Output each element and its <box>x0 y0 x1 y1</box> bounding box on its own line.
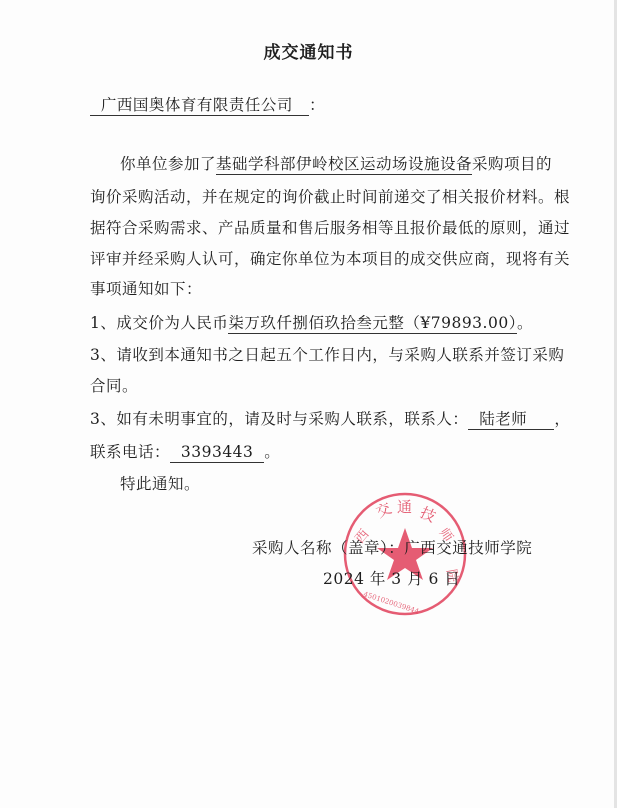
phone-label: 联系电话： <box>90 443 170 461</box>
contact-person: 陆老师 <box>468 410 554 430</box>
deal-amount: 柒万玖仟捌佰玖拾叁元整（¥79893.00） <box>228 314 517 334</box>
item-text: 。 <box>517 314 533 332</box>
purchaser-signature-line: 采购人名称（盖章）：广西交通技师学院 <box>252 536 532 558</box>
item-2-line-1: 3、请收到本通知书之日起五个工作日内，与采购人联系并签订采购 <box>90 343 564 365</box>
paragraph-line-4: 评审并经采购人认可，确定你单位为本项目的成交供应商，现将有关 <box>90 247 570 269</box>
paragraph-text: 采购项目的 <box>472 155 552 173</box>
contact-phone: 3393443 <box>170 443 264 463</box>
addressee-colon: ： <box>309 96 325 114</box>
item-text: ， <box>554 410 570 428</box>
document-title: 成交通知书 <box>0 38 617 63</box>
svg-text:通: 通 <box>397 498 412 516</box>
signature-date: 2024 年 3 月 6 日 <box>323 567 460 589</box>
addressee-line: 广西国奥体育有限责任公司 ： <box>90 93 325 115</box>
phone-line: 联系电话： 3393443 。 <box>90 440 280 462</box>
item-text: 3、如有未明事宜的，请及时与采购人联系，联系人： <box>90 410 468 428</box>
svg-text:技: 技 <box>417 503 438 526</box>
addressee-name: 广西国奥体育有限责任公司 <box>101 96 293 114</box>
project-name: 基础学科部伊岭校区运动场设施设备 <box>216 155 472 175</box>
paragraph-text: 你单位参加了 <box>120 155 216 173</box>
paragraph-line-2: 询价采购活动，并在规定的询价截止时间前递交了相关报价材料。根 <box>90 185 570 207</box>
item-2-line-2: 合同。 <box>90 374 138 396</box>
closing-text: 特此通知。 <box>120 472 200 494</box>
paragraph-line-1: 你单位参加了基础学科部伊岭校区运动场设施设备采购项目的 <box>120 152 552 174</box>
addressee-name-field: 广西国奥体育有限责任公司 <box>90 96 309 116</box>
item-text: 。 <box>264 443 280 461</box>
purchaser-name: 广西交通技师学院 <box>404 539 532 557</box>
item-1: 1、成交价为人民币柒万玖仟捌佰玖拾叁元整（¥79893.00）。 <box>90 311 533 333</box>
item-3: 3、如有未明事宜的，请及时与采购人联系，联系人： 陆老师 ， <box>90 407 570 429</box>
purchaser-label: 采购人名称（盖章）： <box>252 539 404 557</box>
item-text: 1、成交价为人民币 <box>90 314 228 332</box>
paragraph-line-5: 事项通知如下： <box>90 277 202 299</box>
paragraph-line-3: 据符合采购需求、产品质量和售后服务相等且报价最低的原则，通过 <box>90 216 570 238</box>
